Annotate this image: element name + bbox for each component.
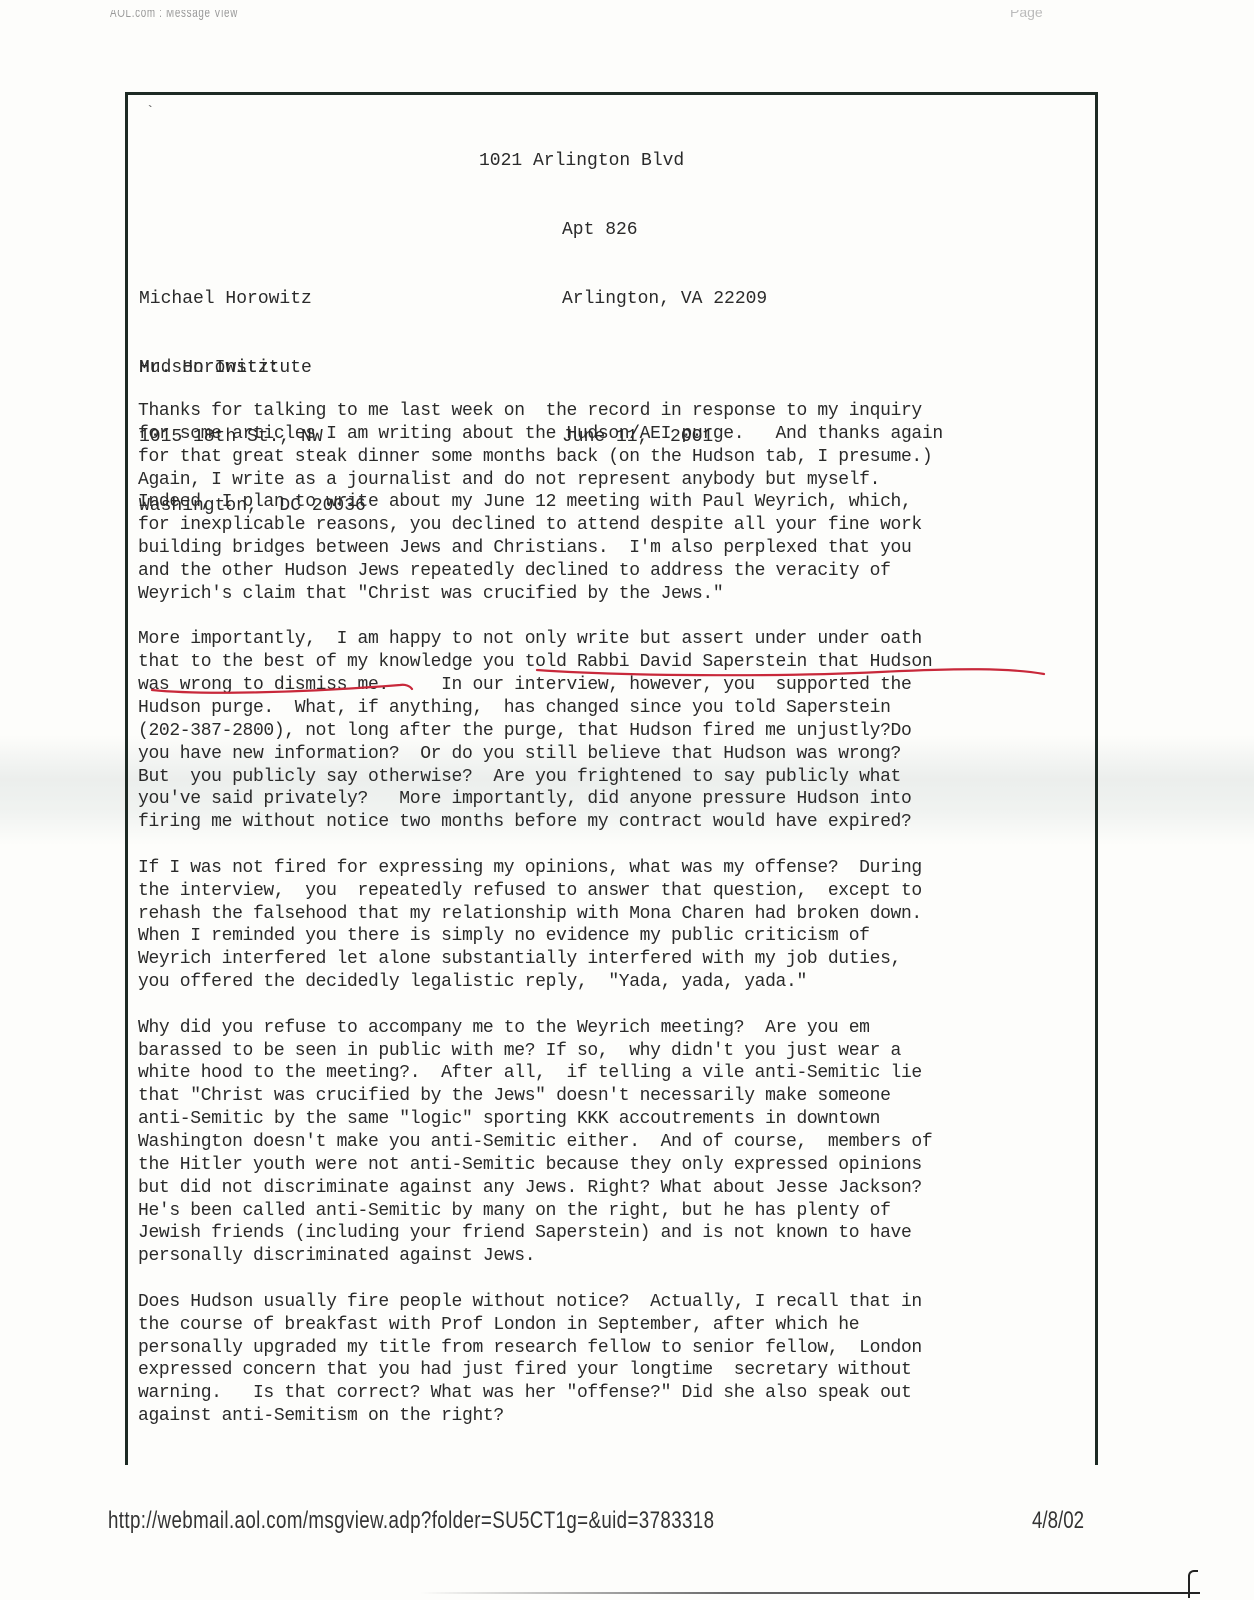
letter-line: Jewish friends (including your friend Sa… bbox=[138, 1222, 1078, 1245]
letter-line: building bridges between Jews and Christ… bbox=[138, 537, 1078, 560]
letter-line: Thanks for talking to me last week on th… bbox=[138, 400, 1078, 423]
letter-line: but did not discriminate against any Jew… bbox=[138, 1177, 1078, 1200]
print-header-title: AOL.com : Message View bbox=[110, 4, 238, 20]
sender-street: 1021 Arlington Blvd bbox=[479, 150, 767, 173]
stray-mark: ` bbox=[146, 104, 154, 120]
letter-paragraph: If I was not fired for expressing my opi… bbox=[138, 857, 1078, 994]
letter-line: Weyrich interfered let alone substantial… bbox=[138, 948, 1078, 971]
letter-line: against anti-Semitism on the right? bbox=[138, 1405, 1078, 1428]
letter-line: that to the best of my knowledge you tol… bbox=[138, 651, 1078, 674]
letter-line: He's been called anti-Semitic by many on… bbox=[138, 1200, 1078, 1223]
letter-paragraph: Does Hudson usually fire people without … bbox=[138, 1291, 1078, 1428]
salutation: Mr. Horowitz: bbox=[139, 357, 279, 380]
letter-line: Weyrich's claim that "Christ was crucifi… bbox=[138, 583, 1078, 606]
letter-line: the Hitler youth were not anti-Semitic b… bbox=[138, 1154, 1078, 1177]
letter-paragraph: Why did you refuse to accompany me to th… bbox=[138, 1017, 1078, 1268]
sender-city: Arlington, VA 22209 bbox=[479, 288, 767, 311]
letter-line: anti-Semitic by the same "logic" sportin… bbox=[138, 1108, 1078, 1131]
letter-line: If I was not fired for expressing my opi… bbox=[138, 857, 1078, 880]
letter-line: But you publicly say otherwise? Are you … bbox=[138, 766, 1078, 789]
recipient-name: Michael Horowitz bbox=[139, 288, 366, 311]
letter-line: was wrong to dismiss me. In our intervie… bbox=[138, 674, 1078, 697]
print-header-page: Page bbox=[1010, 4, 1043, 20]
letter-body: Thanks for talking to me last week on th… bbox=[138, 400, 1078, 1451]
letter-line: personally upgraded my title from resear… bbox=[138, 1337, 1078, 1360]
letter-line: and the other Hudson Jews repeatedly dec… bbox=[138, 560, 1078, 583]
letter-line: the course of breakfast with Prof London… bbox=[138, 1314, 1078, 1337]
letter-line: When I reminded you there is simply no e… bbox=[138, 925, 1078, 948]
letter-line: that "Christ was crucified by the Jews" … bbox=[138, 1085, 1078, 1108]
letter-line: for that great steak dinner some months … bbox=[138, 446, 1078, 469]
sender-apt: Apt 826 bbox=[479, 219, 767, 242]
letter-paragraph: Thanks for talking to me last week on th… bbox=[138, 400, 1078, 606]
letter-line: you offered the decidedly legalistic rep… bbox=[138, 971, 1078, 994]
letter-line: for inexplicable reasons, you declined t… bbox=[138, 514, 1078, 537]
letter-line: Does Hudson usually fire people without … bbox=[138, 1291, 1078, 1314]
letter-line: Washington doesn't make you anti-Semitic… bbox=[138, 1131, 1078, 1154]
letter-line: for some articles I am writing about the… bbox=[138, 423, 1078, 446]
letter-line: rehash the falsehood that my relationshi… bbox=[138, 903, 1078, 926]
letter-line: white hood to the meeting?. After all, i… bbox=[138, 1062, 1078, 1085]
letter-line: the interview, you repeatedly refused to… bbox=[138, 880, 1078, 903]
page-edge-line bbox=[420, 1592, 1200, 1594]
letter-line: Again, I write as a journalist and do no… bbox=[138, 469, 1078, 492]
letter-paragraph: More importantly, I am happy to not only… bbox=[138, 628, 1078, 834]
letter-line: Indeed, I plan to write about my June 12… bbox=[138, 491, 1078, 514]
letter-line: More importantly, I am happy to not only… bbox=[138, 628, 1078, 651]
letter-line: you have new information? Or do you stil… bbox=[138, 743, 1078, 766]
letter-line: Why did you refuse to accompany me to th… bbox=[138, 1017, 1078, 1040]
letter-line: Hudson purge. What, if anything, has cha… bbox=[138, 697, 1078, 720]
print-footer-date: 4/8/02 bbox=[1032, 1507, 1084, 1535]
letter-line: warning. Is that correct? What was her "… bbox=[138, 1382, 1078, 1405]
letter-line: (202-387-2800), not long after the purge… bbox=[138, 720, 1078, 743]
letter-line: firing me without notice two months befo… bbox=[138, 811, 1078, 834]
page-corner-mark bbox=[1188, 1570, 1198, 1598]
print-footer-url: http://webmail.aol.com/msgview.adp?folde… bbox=[108, 1507, 714, 1535]
letter-line: expressed concern that you had just fire… bbox=[138, 1359, 1078, 1382]
letter-line: personally discriminated against Jews. bbox=[138, 1245, 1078, 1268]
letter-line: barassed to be seen in public with me? I… bbox=[138, 1040, 1078, 1063]
letter-line: you've said privately? More importantly,… bbox=[138, 788, 1078, 811]
